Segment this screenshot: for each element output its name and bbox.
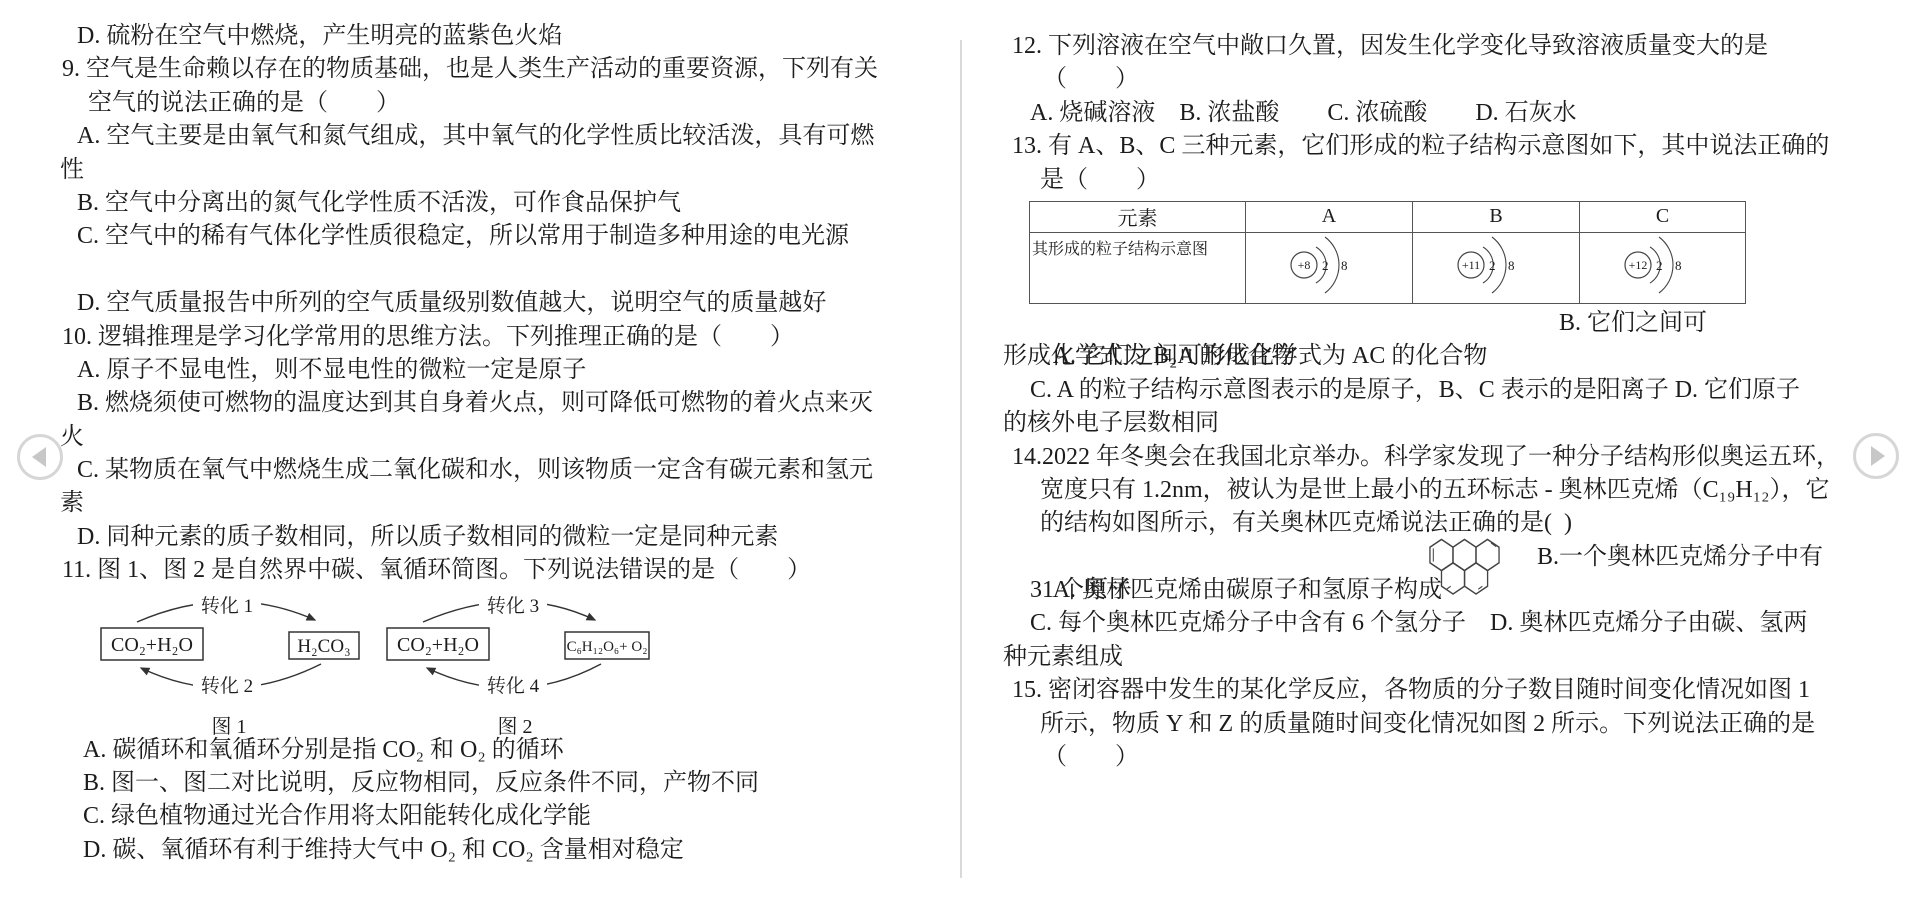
shell-2-count: 8 <box>1341 258 1348 273</box>
left-arrow-icon <box>32 447 46 467</box>
shell-1-count: 2 <box>1656 258 1663 273</box>
line-q9-optA-wrap: 性 <box>60 154 948 187</box>
line-q11: 11. 图 1、图 2 是自然界中碳、氧循环简图。下列说法错误的是（ ） <box>60 554 948 587</box>
nucleus-charge: +12 <box>1628 258 1647 272</box>
fig1-left-box-label: CO₂+H₂O <box>111 634 193 656</box>
table-body-row: 其形成的粒子结构示意图 +8 2 8 +11 2 8 <box>1030 232 1746 303</box>
nucleus-charge: +11 <box>1462 258 1480 272</box>
line-q15-paren: （ ） <box>1003 741 1888 774</box>
line-q12-options: A. 烧碱溶液 B. 浓盐酸 C. 浓硫酸 D. 石灰水 <box>1003 97 1888 130</box>
table-header-element: 元素 <box>1030 201 1246 232</box>
line-q10-optC: C. 某物质在氧气中燃烧生成二氧化碳和水，则该物质一定含有碳元素和氢元 <box>60 454 948 487</box>
line-q11-optC: C. 绿色植物通过光合作用将太阳能转化成化学能 <box>60 800 948 833</box>
line-q9-wrap: 空气的说法正确的是（ ） <box>60 87 948 120</box>
line-q14-optB-wrap: 31 个原子 <box>1003 574 1888 607</box>
shell-2-count: 8 <box>1508 258 1515 273</box>
right-arrow-icon <box>1871 446 1885 466</box>
line-q12-paren: （ ） <box>1003 63 1888 96</box>
blank-line <box>60 254 948 287</box>
line-q14-optD-wrap: 种元素组成 <box>1003 641 1888 674</box>
nucleus-charge: +8 <box>1298 258 1311 272</box>
table-header-A: A <box>1246 201 1413 232</box>
next-page-button[interactable] <box>1853 433 1899 479</box>
line-q9-optC: C. 空气中的稀有气体化学性质很稳定，所以常用于制造多种用途的电光源 <box>60 220 948 253</box>
line-q14-optAB: A. 奥林匹克烯由碳原子和氢原子构成 B.一个奥林匹克烯分子中有 <box>1003 541 1888 574</box>
fig2-bottom-arrow-label: 转化 4 <box>487 675 540 697</box>
fig2-right-box-label: C₆H₁₂O₆+ O₂ <box>567 639 648 655</box>
atom-structure-icon-C: +12 2 8 <box>1613 234 1713 296</box>
atom-structure-icon-A: +8 2 8 <box>1279 234 1379 296</box>
line-q9: 9. 空气是生命赖以存在的物质基础，也是人类生产活动的重要资源，下列有关 <box>60 53 948 86</box>
line-q13-optAB: A. 它们之间可形成化学式为 AC 的化合物 B. 它们之间可 <box>1003 307 1888 340</box>
line-q15: 15. 密闭容器中发生的某化学反应，各物质的分子数目随时间变化情况如图 1 <box>1003 674 1888 707</box>
fig2-top-arrow-label: 转化 3 <box>487 595 539 617</box>
line-q10-optC-wrap: 素 <box>60 487 948 520</box>
line-q9-optA: A. 空气主要是由氧气和氮气组成，其中氧气的化学性质比较活泼，具有可燃 <box>60 120 948 153</box>
line-q9-optB: B. 空气中分离出的氮气化学性质不活泼，可作食品保护气 <box>60 187 948 220</box>
right-page-column: 12. 下列溶液在空气中敞口久置，因发生化学变化导致溶液质量变大的是 （ ） A… <box>1003 30 1888 774</box>
line-q14: 14.2022 年冬奥会在我国北京举办。科学家发现了一种分子结构形似奥运五环， <box>1003 441 1888 474</box>
line-q11-optD: D. 碳、氧循环有利于维持大气中 O₂ 和 CO₂ 含量相对稳定 <box>60 834 948 867</box>
table-header-C: C <box>1580 201 1746 232</box>
line-q11-optB: B. 图一、图二对比说明，反应物相同，反应条件不同，产物不同 <box>60 767 948 800</box>
table-header-B: B <box>1413 201 1580 232</box>
q13-particle-table: 元素 A B C 其形成的粒子结构示意图 +8 2 8 +11 <box>1029 201 1746 304</box>
line-q12: 12. 下列溶液在空气中敞口久置，因发生化学变化导致溶液质量变大的是 <box>1003 30 1888 63</box>
q13-optB-text: B. 它们之间可 <box>1559 307 1707 340</box>
line-q10-optA: A. 原子不显电性，则不显电性的微粒一定是原子 <box>60 354 948 387</box>
prev-page-button[interactable] <box>17 434 63 480</box>
line-q8-optD: D. 硫粉在空气中燃烧，产生明亮的蓝紫色火焰 <box>60 20 948 53</box>
carbon-cycle-diagram-2: 转化 3 转化 4 CO₂+H₂O C₆H₁₂O₆+ O₂ <box>379 588 651 710</box>
shell-1-count: 2 <box>1489 258 1496 273</box>
line-q15-wrap: 所示，物质 Y 和 Z 的质量随时间变化情况如图 2 所示。下列说法正确的是 <box>1003 708 1888 741</box>
atom-diagram-cell-B: +11 2 8 <box>1413 232 1580 303</box>
table-row-label: 其形成的粒子结构示意图 <box>1030 232 1246 303</box>
line-q14-wrap2: 的结构如图所示，有关奥林匹克烯说法正确的是( ) <box>1003 507 1888 540</box>
carbon-cycle-diagram-1: 转化 1 转化 2 CO₂+H₂O H₂CO₃ <box>93 588 365 710</box>
line-q13: 13. 有 A、B、C 三种元素，它们形成的粒子结构示意图如下，其中说法正确的 <box>1003 130 1888 163</box>
fig1-bottom-arrow-label: 转化 2 <box>201 675 253 697</box>
line-q13-optCD: C. A 的粒子结构示意图表示的是原子，B、C 表示的是阳离子 D. 它们原子 <box>1003 374 1888 407</box>
fig1-right-box-label: H₂CO₃ <box>297 636 350 657</box>
q14-optB-text: B.一个奥林匹克烯分子中有 <box>1537 541 1823 574</box>
table-header-row: 元素 A B C <box>1030 201 1746 232</box>
shell-1-count: 2 <box>1322 258 1329 273</box>
line-q13-optB-wrap: 形成化学式为 B₂A 的化合物 <box>1003 340 1888 373</box>
shell-2-count: 8 <box>1675 258 1682 273</box>
line-q14-wrap1: 宽度只有 1.2nm，被认为是世上最小的五环标志 - 奥林匹克烯（C₁₉H₁₂）… <box>1003 474 1888 507</box>
figure-2: 转化 3 转化 4 CO₂+H₂O C₆H₁₂O₆+ O₂ 图 2 <box>379 588 651 739</box>
line-q9-optD: D. 空气质量报告中所列的空气质量级别数值越大，说明空气的质量越好 <box>60 287 948 320</box>
line-q10-optB: B. 燃烧须使可燃物的温度达到其自身着火点，则可降低可燃物的着火点来灭 <box>60 387 948 420</box>
atom-diagram-cell-C: +12 2 8 <box>1580 232 1746 303</box>
q11-cycle-diagrams: 转化 1 转化 2 CO₂+H₂O H₂CO₃ 图 1 <box>60 588 948 734</box>
line-q13-optD-wrap: 的核外电子层数相同 <box>1003 407 1888 440</box>
fig1-top-arrow-label: 转化 1 <box>201 595 253 617</box>
atom-diagram-cell-A: +8 2 8 <box>1246 232 1413 303</box>
figure-1: 转化 1 转化 2 CO₂+H₂O H₂CO₃ 图 1 <box>93 588 365 739</box>
page-divider <box>960 40 962 878</box>
atom-structure-icon-B: +11 2 8 <box>1446 234 1546 296</box>
fig2-left-box-label: CO₂+H₂O <box>397 634 479 656</box>
line-q14-optCD: C. 每个奥林匹克烯分子中含有 6 个氢分子 D. 奥林匹克烯分子由碳、氢两 <box>1003 607 1888 640</box>
line-q10-optD: D. 同种元素的质子数相同，所以质子数相同的微粒一定是同种元素 <box>60 521 948 554</box>
left-page-column: D. 硫粉在空气中燃烧，产生明亮的蓝紫色火焰 9. 空气是生命赖以存在的物质基础… <box>60 20 948 867</box>
line-q11-optA: A. 碳循环和氧循环分别是指 CO₂ 和 O₂ 的循环 <box>60 734 948 767</box>
line-q10-optB-wrap: 火 <box>60 421 948 454</box>
line-q13-wrap: 是（ ） <box>1003 164 1888 197</box>
line-q10: 10. 逻辑推理是学习化学常用的思维方法。下列推理正确的是（ ） <box>60 321 948 354</box>
